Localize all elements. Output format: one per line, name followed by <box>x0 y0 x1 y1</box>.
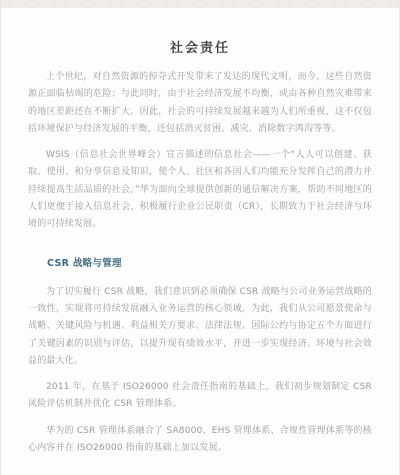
intro-paragraph-1: 上个世纪，对自然资源的掠夺式开发带来了发达的现代文明，而今，这些自然资源正面临枯… <box>28 69 372 138</box>
section-paragraph-2: 2011 年，在基于 ISO26000 社会责任指南的基础上，我们初步规划制定 … <box>28 379 372 414</box>
section-heading-csr-strategy: CSR 战略与管理 <box>28 255 372 269</box>
intro-paragraph-2: WSIS（信息社会世界峰会）宣言描述的信息社会——一个“人人可以创建、获取、使用… <box>28 147 372 233</box>
page-top-border <box>1 0 399 8</box>
section-paragraph-1: 为了切实履行 CSR 战略，我们意识到必须确保 CSR 战略与公司业务运营战略的… <box>28 284 372 370</box>
section-paragraph-3: 华为的 CSR 管理体系融合了 SA8000、EHS 管理体系、合规性管理体系等… <box>28 423 372 458</box>
page-content: 社会责任 上个世纪，对自然资源的掠夺式开发带来了发达的现代文明，而今，这些自然资… <box>1 37 399 457</box>
page-title: 社会责任 <box>28 37 372 56</box>
document-page: 社会责任 上个世纪，对自然资源的掠夺式开发带来了发达的现代文明，而今，这些自然资… <box>0 0 400 475</box>
